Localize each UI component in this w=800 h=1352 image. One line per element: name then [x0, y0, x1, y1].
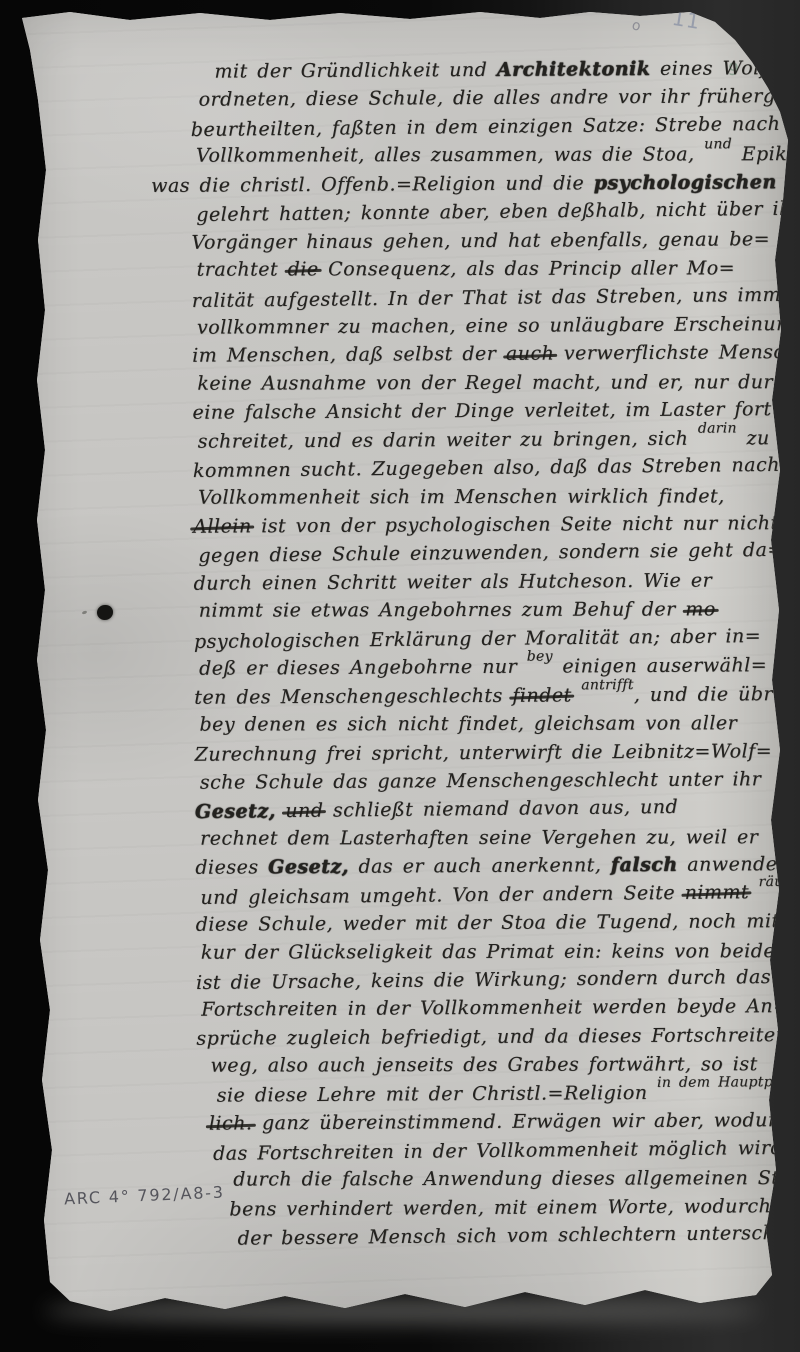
manuscript-segment: Consequenz, als das Princip aller Mo= [319, 257, 736, 280]
manuscript-segment: und gleichsam umgeht. Von der andern Sei… [200, 882, 684, 909]
manuscript-page: o 11 9 ARC 4° 792/A8-3 mit der Gründlich… [0, 0, 800, 1352]
manuscript-line: Vorgänger hinaus gehen, und hat ebenfall… [191, 225, 777, 257]
manuscript-line: nimmt sie etwas Angebohrnes zum Behuf de… [199, 595, 780, 625]
manuscript-segment-strike: nimmt [685, 881, 750, 904]
manuscript-segment: mit der Gründlichkeit und [214, 59, 497, 83]
manuscript-segment-insert: und [704, 131, 732, 160]
manuscript-segment-heavy: Architektonik [497, 58, 651, 81]
manuscript-line: Vollkommenheit, alles zusammen, was die … [196, 140, 777, 170]
scan-background: { "scan": { "background_color": "#090909… [0, 0, 800, 1352]
manuscript-line: Gesetz, und schließt niemand davon aus, … [195, 792, 781, 827]
manuscript-segment: Fortschreiten in der Vollkommenheit werd… [201, 996, 790, 1022]
scan-stage: o 11 9 ARC 4° 792/A8-3 mit der Gründlich… [0, 0, 800, 1352]
manuscript-segment-strike: lich. [209, 1113, 253, 1135]
manuscript-line: sprüche zugleich befriedigt, und da dies… [196, 1021, 782, 1053]
manuscript-segment-strike: die [288, 258, 319, 280]
manuscript-segment: das er auch anerkennt, [349, 854, 611, 878]
manuscript-segment: was die christl. Offenb.=Religion und di… [151, 172, 594, 197]
manuscript-segment: sie diese Lehre mit der Christl.=Religio… [217, 1082, 658, 1107]
manuscript-segment: deß er dieses Angebohrne nur [199, 656, 527, 680]
manuscript-line: beurtheilten, faßten in dem einzigen Sat… [191, 110, 777, 145]
manuscript-segment-insert: in dem Hauptpunct [657, 1068, 800, 1097]
manuscript-segment-strike: Allein [193, 515, 252, 537]
manuscript-line: mit der Gründlichkeit und Architektonik … [214, 54, 776, 86]
manuscript-line: durch einen Schritt weiter als Hutcheson… [193, 566, 779, 598]
manuscript-segment: im Menschen, daß selbst der [192, 343, 506, 367]
manuscript-segment: ten des Menschengeschlechts [194, 684, 512, 708]
manuscript-line: lich. ganz übereinstimmend. Erwägen wir … [209, 1106, 783, 1138]
manuscript-segment: Vollkommenheit sich im Menschen wirklich… [198, 485, 725, 508]
manuscript-segment: bens verhindert werden, mit einem Worte,… [229, 1195, 771, 1220]
manuscript-segment: ordneten, diese Schule, die alles andre … [199, 85, 800, 111]
ink-blot [97, 605, 113, 620]
manuscript-segment: Moralisten [777, 170, 800, 193]
manuscript-segment: Vollkommenheit, alles zusammen, was die … [196, 144, 704, 167]
manuscript-lines: mit der Gründlichkeit und Architektonik … [164, 54, 783, 1252]
manuscript-segment: ralität aufgestellt. In der That ist das… [192, 283, 800, 311]
manuscript-segment: ist von der psychologischen Seite nicht … [252, 512, 789, 537]
manuscript-segment-insert: antrifft [581, 671, 634, 700]
manuscript-segment: sprüche zugleich befriedigt, und da dies… [196, 1024, 788, 1050]
manuscript-segment: Vorgänger hinaus gehen, und hat ebenfall… [191, 228, 770, 254]
manuscript-segment: zu vervoll= [737, 426, 800, 449]
manuscript-line: kur der Glückseligkeit das Primat ein: k… [201, 937, 782, 967]
manuscript-segment-strike: mo [685, 599, 716, 621]
manuscript-line: trachtet die Consequenz, als das Princip… [197, 254, 778, 284]
manuscript-segment: Zurechnung frei spricht, unterwirft die … [195, 740, 773, 766]
manuscript-segment: schließt niemand davon aus, und [323, 796, 678, 822]
manuscript-segment-strike: auch [506, 343, 555, 365]
manuscript-segment: rechnet dem Lasterhaften seine Vergehen … [200, 826, 758, 849]
manuscript-line: ordneten, diese Schule, die alles andre … [199, 83, 777, 115]
manuscript-line: Fortschreiten in der Vollkommenheit werd… [201, 993, 782, 1025]
manuscript-segment-heavy: Gesetz, [195, 801, 276, 824]
manuscript-line: durch die falsche Anwendung dieses allge… [233, 1164, 783, 1194]
manuscript-segment-heavy: psychologischen [594, 171, 777, 194]
manuscript-segment: der bessere Mensch sich vom schlechtern … [237, 1221, 800, 1249]
manuscript-segment-insert: räumt [758, 867, 800, 896]
manuscript-segment: schreitet, und es darin weiter zu bringe… [198, 427, 698, 452]
manuscript-segment: psychologischen Erklärung der Moralität … [194, 625, 761, 653]
manuscript-segment: , und die übrigen, [634, 682, 800, 705]
manuscript-segment: sche Schule das ganze Menschengeschlecht… [200, 768, 762, 793]
manuscript-line: Vollkommenheit sich im Menschen wirklich… [198, 482, 779, 512]
manuscript-line: und gleichsam umgeht. Von der andern Sei… [200, 878, 781, 913]
manuscript-segment: durch einen Schritt weiter als Hutcheson… [194, 569, 713, 594]
manuscript-line: eine falsche Ansicht der Dinge verleitet… [192, 395, 778, 427]
pencil-corner-mark: o [630, 17, 642, 35]
manuscript-line: vollkommner zu machen, eine so unläugbar… [197, 310, 778, 342]
manuscript-line: ten des Menschengeschlechts findet antri… [194, 680, 780, 712]
manuscript-line: dieses Gesetz, das er auch anerkennt, fa… [195, 850, 781, 882]
manuscript-line: deß er dieses Angebohrne nur bey einigen… [199, 651, 780, 683]
manuscript-segment: Epikur, [732, 143, 800, 165]
manuscript-segment: gelehrt hatten; konnte aber, eben deßhal… [196, 198, 800, 226]
manuscript-line: ralität aufgestellt. In der That ist das… [192, 280, 778, 315]
manuscript-line: das Fortschreiten in der Vollkommenheit … [213, 1134, 783, 1168]
manuscript-line: sie diese Lehre mit der Christl.=Religio… [217, 1078, 783, 1110]
manuscript-segment: verwerflichste Mensch [554, 341, 797, 364]
manuscript-line: bey denen es sich nicht findet, gleichsa… [199, 709, 780, 739]
manuscript-segment: durch die falsche Anwendung dieses allge… [233, 1167, 800, 1191]
manuscript-segment: diese Schule, weder mit der Stoa die Tug… [196, 910, 800, 936]
manuscript-segment-strike: und [285, 800, 323, 822]
manuscript-segment-heavy: Gesetz, [268, 856, 349, 878]
manuscript-segment: beurtheilten, faßten in dem einzigen Sat… [191, 113, 781, 141]
manuscript-line: bens verhindert werden, mit einem Worte,… [229, 1192, 783, 1224]
manuscript-segment: vollkommner zu machen, eine so unläugbar… [197, 313, 800, 339]
manuscript-segment: eines Wolfs [650, 57, 777, 80]
manuscript-segment: kommnen sucht. Zugegeben also, daß das S… [193, 454, 780, 482]
manuscript-segment: gegen diese Schule einzuwenden, sondern … [198, 539, 784, 567]
manuscript-segment-insert: darin [698, 414, 737, 443]
manuscript-line: keine Ausnahme von der Regel macht, und … [197, 368, 778, 398]
manuscript-segment: ist die Ursache, keins die Wirkung; sond… [196, 966, 771, 994]
manuscript-line: rechnet dem Lasterhaften seine Vergehen … [200, 823, 781, 853]
manuscript-line: psychologischen Erklärung der Moralität … [194, 622, 780, 657]
manuscript-segment: kur der Glückseligkeit das Primat ein: k… [201, 940, 788, 964]
manuscript-segment-insert: bey [527, 643, 553, 672]
paper-bottom-shadow [44, 1298, 760, 1324]
manuscript-line: Zurechnung frei spricht, unterwirft die … [195, 737, 781, 769]
manuscript-segment: dieses [195, 857, 268, 879]
manuscript-line: kommnen sucht. Zugegeben also, daß das S… [193, 451, 779, 486]
manuscript-segment-heavy: falsch [611, 854, 678, 876]
manuscript-segment: das Fortschreiten in der Vollkommenheit … [213, 1136, 800, 1165]
manuscript-segment: bey denen es sich nicht findet, gleichsa… [199, 712, 737, 735]
pencil-page-number: 11 [670, 6, 702, 34]
manuscript-line: im Menschen, daß selbst der auch verwerf… [192, 339, 778, 371]
manuscript-line: diese Schule, weder mit der Stoa die Tug… [196, 907, 782, 939]
manuscript-segment: trachtet [197, 258, 288, 280]
manuscript-segment: nimmt sie etwas Angebohrnes zum Behuf de… [199, 599, 686, 622]
manuscript-segment-strike: findet [512, 684, 572, 706]
manuscript-segment: keine Ausnahme von der Regel macht, und … [197, 371, 797, 395]
manuscript-segment: ganz übereinstimmend. Erwägen wir aber, … [252, 1109, 800, 1134]
manuscript-line: der bessere Mensch sich vom schlechtern … [237, 1219, 783, 1253]
